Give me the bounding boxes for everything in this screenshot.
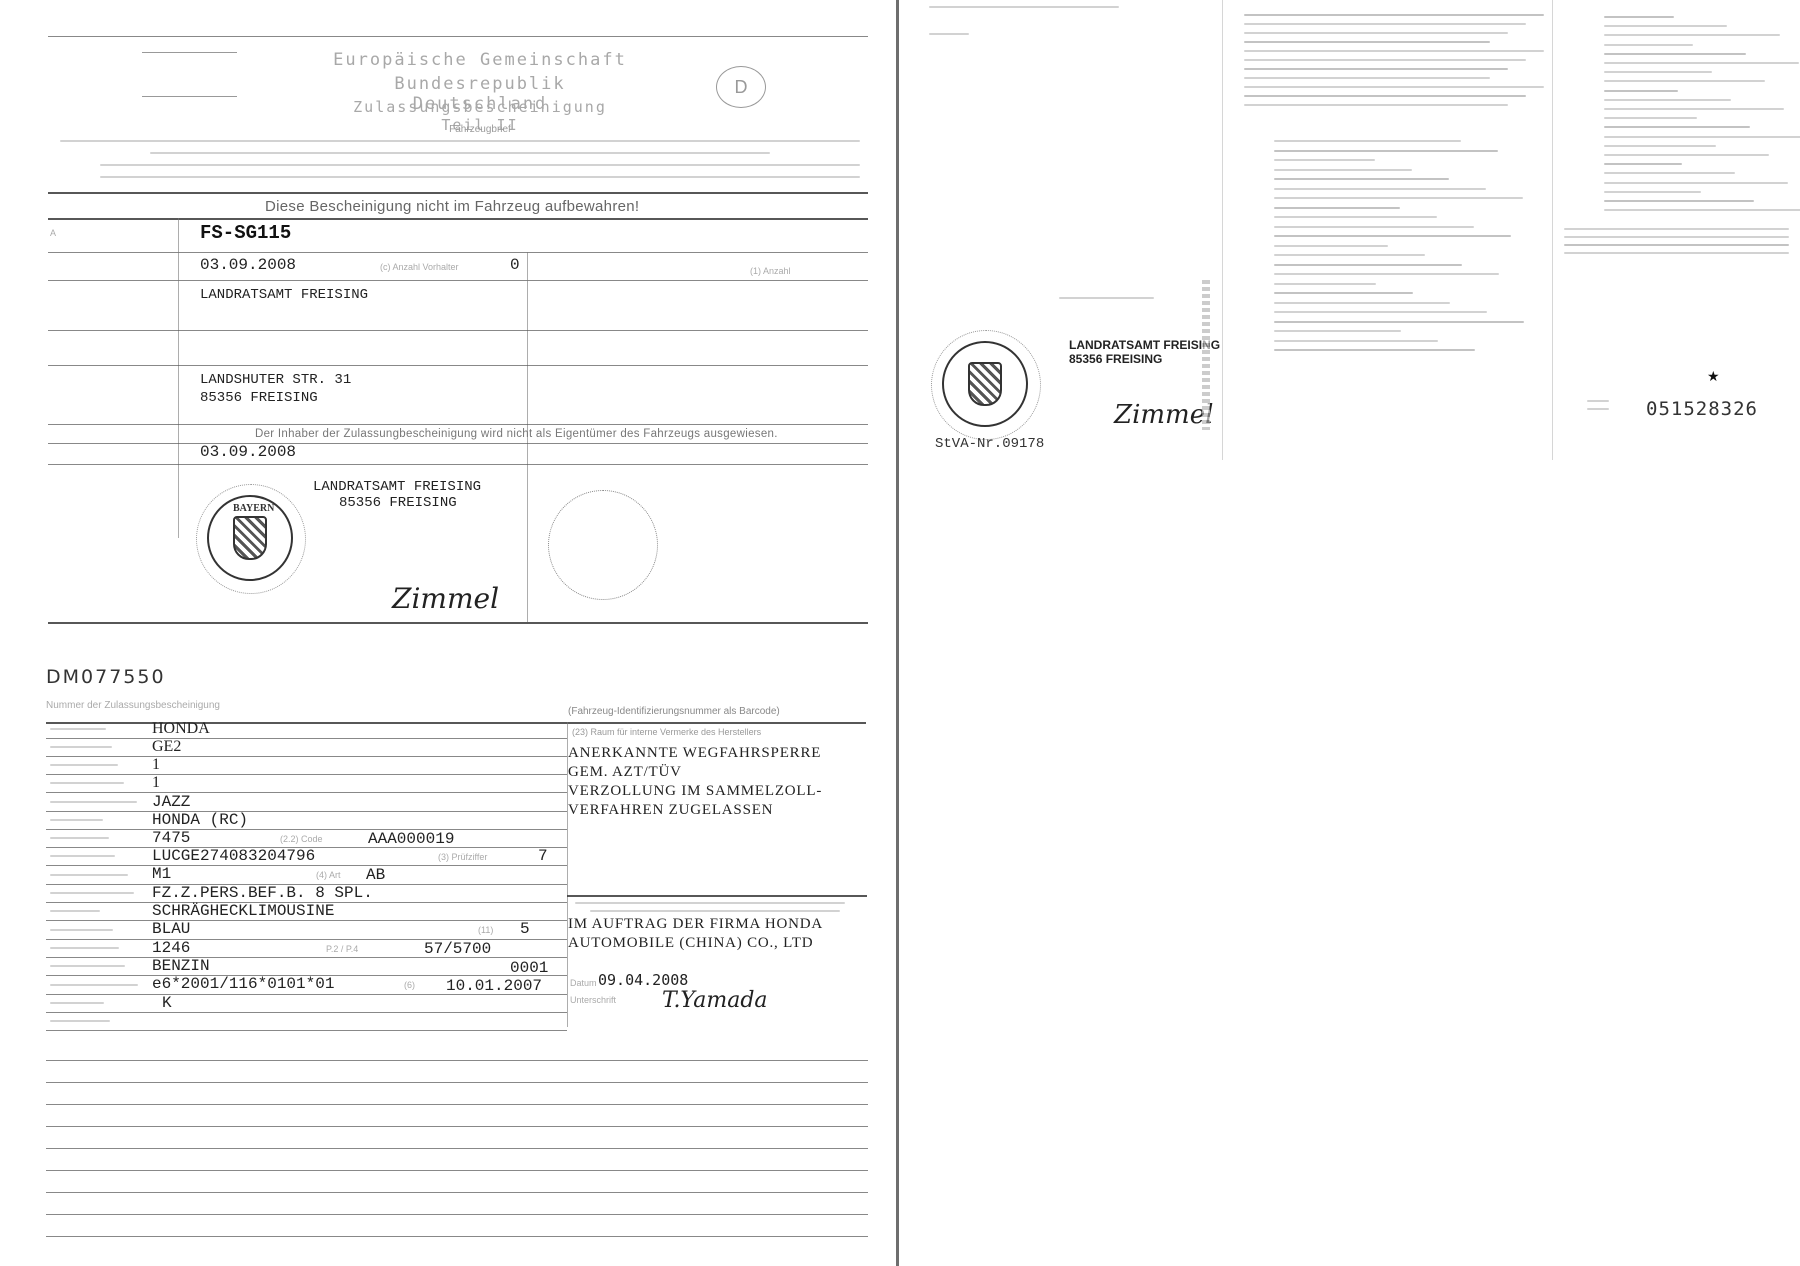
approval-number: e6*2001/116*0101*01 xyxy=(152,975,334,993)
authority-signature: Zimmel xyxy=(392,582,499,615)
fuel-code: 0001 xyxy=(510,959,548,977)
field-label xyxy=(50,910,100,912)
table-row-rule xyxy=(46,811,567,812)
fineprint-line xyxy=(1274,254,1425,256)
vehicle-kind: FZ.Z.PERS.BEF.B. 8 SPL. xyxy=(152,884,373,902)
bavarian-crest-icon xyxy=(233,516,267,560)
fineprint-line xyxy=(1274,349,1475,351)
vehicle-variant: 1 xyxy=(152,756,160,774)
fineprint-line xyxy=(1274,150,1498,152)
divider xyxy=(48,36,868,37)
vehicle-class: M1 xyxy=(152,865,171,883)
star-mark-icon: ★ xyxy=(1707,368,1720,385)
field-code: (6) xyxy=(404,980,415,990)
fuel-type: BENZIN xyxy=(152,957,210,975)
fineprint-line xyxy=(1274,159,1375,161)
field-label xyxy=(50,929,113,931)
manufacturer-notes-label: (23) Raum für interne Vermerke des Herst… xyxy=(572,727,761,737)
fineprint-line xyxy=(1604,163,1682,165)
field-label xyxy=(50,892,134,894)
vertical-fineprint xyxy=(1202,280,1210,430)
fineprint-line xyxy=(1604,108,1784,110)
fineprint-line xyxy=(1274,235,1511,237)
multilingual-line xyxy=(100,176,860,178)
vehicle-trade-name: JAZZ xyxy=(152,793,190,811)
commission-line-1: IM AUFTRAG DER FIRMA HONDA xyxy=(568,916,823,933)
field-label xyxy=(50,819,103,821)
fineprint-line xyxy=(1604,200,1754,202)
fineprint-line xyxy=(1244,104,1508,106)
fineprint-line xyxy=(1604,145,1716,147)
field-code: (3) Prüfziffer xyxy=(438,852,487,862)
manufacturer-date-label: Datum xyxy=(570,978,597,988)
body-type: SCHRÄGHECKLIMOUSINE xyxy=(152,902,334,920)
holder-name: LANDRATSAMT FREISING xyxy=(200,287,368,303)
fineprint-line xyxy=(1274,188,1486,190)
ruled-line xyxy=(46,1214,868,1215)
field-label xyxy=(50,837,109,839)
authority-name: LANDRATSAMT FREISING xyxy=(1069,338,1220,352)
seal-top-text: BAYERN xyxy=(233,503,274,514)
field-label xyxy=(50,855,115,857)
field-code: (1) Anzahl xyxy=(750,266,791,276)
divider xyxy=(48,443,868,444)
field-label xyxy=(50,947,119,949)
logo-rule-top xyxy=(142,52,237,53)
fineprint-line xyxy=(1244,14,1544,16)
fineprint-line xyxy=(1244,68,1508,70)
table-row-rule xyxy=(46,920,567,921)
fineprint-line xyxy=(1274,302,1450,304)
fineprint-line xyxy=(1274,226,1474,228)
field-code: (4) Art xyxy=(316,870,341,880)
previous-owners-count: 0 xyxy=(510,256,520,274)
document-page-left: Europäische Gemeinschaft Bundesrepublik … xyxy=(0,0,896,1266)
field-label xyxy=(50,984,138,986)
divider xyxy=(48,192,868,194)
manufacturer-signature-label: Unterschrift xyxy=(570,995,616,1005)
table-row-rule xyxy=(46,829,567,830)
fineprint-line xyxy=(1564,228,1789,230)
ruled-line xyxy=(46,1126,868,1127)
warning-text: Diese Bescheinigung nicht im Fahrzeug au… xyxy=(265,198,639,215)
fineprint-line xyxy=(1604,126,1750,128)
fineprint-line xyxy=(1604,53,1746,55)
fineprint-line xyxy=(1274,169,1412,171)
divider xyxy=(48,218,868,220)
manufacturer-signature: T.Yamada xyxy=(662,988,768,1013)
holder-address-line2: 85356 FREISING xyxy=(200,390,318,406)
fineprint-line xyxy=(1274,197,1523,199)
fineprint-line xyxy=(1274,283,1376,285)
field-code: P.2 / P.4 xyxy=(326,944,358,954)
fineprint-line xyxy=(1604,172,1735,174)
fineprint-line xyxy=(1564,236,1789,238)
fineprint-line xyxy=(1274,245,1388,247)
fineprint-line xyxy=(1244,23,1526,25)
fineprint-line xyxy=(1604,80,1765,82)
fineprint-line xyxy=(1564,252,1789,254)
fineprint-line xyxy=(1244,41,1490,43)
fineprint-line xyxy=(1604,99,1731,101)
approval-date: 10.01.2007 xyxy=(446,977,542,995)
ruled-line xyxy=(46,1060,868,1061)
fineprint-line xyxy=(1604,44,1693,46)
field-label xyxy=(50,764,118,766)
fineprint-line xyxy=(1244,77,1490,79)
ruled-line xyxy=(46,1170,868,1171)
field-label xyxy=(50,746,112,748)
divider xyxy=(48,464,868,465)
empty-seal-placeholder xyxy=(548,490,658,600)
table-row-rule xyxy=(46,1030,567,1031)
column-line xyxy=(1552,0,1553,460)
plate-number: FS-SG115 xyxy=(200,222,291,244)
vehicle-type: GE2 xyxy=(152,738,181,756)
ruled-line xyxy=(46,1236,868,1237)
fineprint-line xyxy=(1244,50,1544,52)
field-label xyxy=(50,728,106,730)
multilingual-line xyxy=(60,140,860,142)
divider xyxy=(48,330,868,331)
fineprint-line xyxy=(1274,178,1449,180)
table-row-rule xyxy=(46,1012,567,1013)
official-seal: BAYERN xyxy=(196,484,306,594)
fineprint-line xyxy=(1604,191,1701,193)
fineprint-line xyxy=(1274,321,1524,323)
table-row-rule xyxy=(46,792,567,793)
column-line xyxy=(1222,0,1223,460)
field-label xyxy=(50,1020,110,1022)
document-number: DM077550 xyxy=(46,666,166,688)
field-label xyxy=(50,874,128,876)
divider xyxy=(48,365,868,366)
vin-check-digit: 7 xyxy=(538,847,548,865)
official-seal xyxy=(931,330,1041,440)
manufacturer-note-4: VERFAHREN ZUGELASSEN xyxy=(568,802,773,819)
fineprint-line xyxy=(1604,71,1712,73)
authority-name: LANDRATSAMT FREISING xyxy=(313,479,481,495)
authority-signature: Zimmel xyxy=(1114,400,1213,430)
fineprint-line xyxy=(1564,244,1789,246)
holder-notice: Der Inhaber der Zulassungbescheinigung w… xyxy=(255,428,778,440)
fineprint-line xyxy=(1604,34,1780,36)
fineprint-line xyxy=(1587,400,1609,402)
barcode-label: (Fahrzeug-Identifizierungsnummer als Bar… xyxy=(568,706,780,717)
fineprint-line xyxy=(1244,59,1526,61)
fineprint-line xyxy=(929,6,1119,8)
table-row-rule xyxy=(46,774,567,775)
field-label xyxy=(50,801,137,803)
table-row-rule xyxy=(46,865,567,866)
fineprint-line xyxy=(1274,207,1400,209)
manufacturer-note-1: ANERKANNTE WEGFAHRSPERRE xyxy=(568,745,821,762)
ruled-line xyxy=(46,1148,868,1149)
fineprint-line xyxy=(1274,340,1438,342)
authority-city: 85356 FREISING xyxy=(1069,352,1162,366)
fineprint-line xyxy=(929,33,969,35)
manufacturer-date: 09.04.2008 xyxy=(598,971,688,989)
field-label xyxy=(50,782,124,784)
body-code: AB xyxy=(366,866,385,884)
manufacturer-note-2: GEM. AZT/TÜV xyxy=(568,764,682,781)
multilingual-line xyxy=(150,152,770,154)
holder-address-line1: LANDSHUTER STR. 31 xyxy=(200,372,351,388)
fineprint-line xyxy=(1274,330,1401,332)
fineprint-line xyxy=(1604,117,1697,119)
column-line xyxy=(178,218,179,538)
field-code: (11) xyxy=(478,925,493,935)
fineprint-line xyxy=(1274,292,1413,294)
field-label xyxy=(50,1002,104,1004)
divider xyxy=(567,895,867,897)
fineprint-line xyxy=(1604,25,1727,27)
power-rpm: 57/5700 xyxy=(424,940,491,958)
fineprint-line xyxy=(1604,62,1799,64)
field-code: A xyxy=(50,228,56,238)
divider xyxy=(48,280,868,281)
fineprint-line xyxy=(1274,140,1461,142)
vehicle-make: HONDA xyxy=(152,720,210,738)
header-subtitle: Fahrzeugbrief xyxy=(380,124,580,135)
type-code: AAA000019 xyxy=(368,830,454,848)
table-row-rule xyxy=(46,756,567,757)
country-mark-icon: D xyxy=(716,66,766,108)
fineprint-line xyxy=(1244,86,1544,88)
manufacturer-fineprint xyxy=(575,902,845,904)
divider xyxy=(48,252,868,253)
ruled-line xyxy=(46,1104,868,1105)
displacement: 1246 xyxy=(152,939,190,957)
document-page-right: LANDRATSAMT FREISING 85356 FREISING Zimm… xyxy=(899,0,1800,1266)
stva-number: StVA-Nr.09178 xyxy=(935,436,1044,452)
authority-city: 85356 FREISING xyxy=(339,495,457,511)
multilingual-line xyxy=(100,164,860,166)
vehicle-color: BLAU xyxy=(152,920,190,938)
logo-rule-bottom xyxy=(142,96,237,97)
field-label xyxy=(50,965,125,967)
vin: LUCGE274083204796 xyxy=(152,847,315,865)
color-code: 5 xyxy=(520,920,530,938)
vehicle-manufacturer: HONDA (RC) xyxy=(152,811,248,829)
divider xyxy=(48,424,868,425)
header-title-1: Europäische Gemeinschaft xyxy=(330,50,630,70)
fineprint-line xyxy=(1604,90,1678,92)
table-row-rule xyxy=(46,738,567,739)
manufacturer-code: 7475 xyxy=(152,829,190,847)
first-registration-date: 03.09.2008 xyxy=(200,256,296,274)
issue-date: 03.09.2008 xyxy=(200,443,296,461)
emission-class: K xyxy=(162,994,172,1012)
fineprint-line xyxy=(1274,264,1462,266)
fineprint-line xyxy=(1274,273,1499,275)
bavarian-crest-icon xyxy=(968,362,1002,406)
commission-line-2: AUTOMOBILE (CHINA) CO., LTD xyxy=(568,935,813,952)
serial-number: 051528326 xyxy=(1646,398,1758,420)
vehicle-version: 1 xyxy=(152,774,160,792)
fineprint-line xyxy=(1604,182,1788,184)
ruled-line xyxy=(46,1192,868,1193)
fineprint-line xyxy=(1604,136,1800,138)
fineprint-line xyxy=(1604,209,1800,211)
fineprint-line xyxy=(1587,408,1609,410)
fineprint-line xyxy=(1059,297,1154,299)
divider xyxy=(48,622,868,624)
manufacturer-fineprint xyxy=(590,910,840,912)
fineprint-line xyxy=(1274,216,1437,218)
ruled-line xyxy=(46,1082,868,1083)
fineprint-line xyxy=(1604,16,1674,18)
fineprint-line xyxy=(1244,32,1508,34)
document-number-label: Nummer der Zulassungsbescheinigung xyxy=(46,700,220,711)
fineprint-line xyxy=(1244,95,1526,97)
previous-owners-label: (c) Anzahl Vorhalter xyxy=(380,262,459,272)
fineprint-line xyxy=(1604,154,1769,156)
fineprint-line xyxy=(1274,311,1487,313)
field-code: (2.2) Code xyxy=(280,834,323,844)
manufacturer-note-3: VERZOLLUNG IM SAMMELZOLL- xyxy=(568,783,822,800)
